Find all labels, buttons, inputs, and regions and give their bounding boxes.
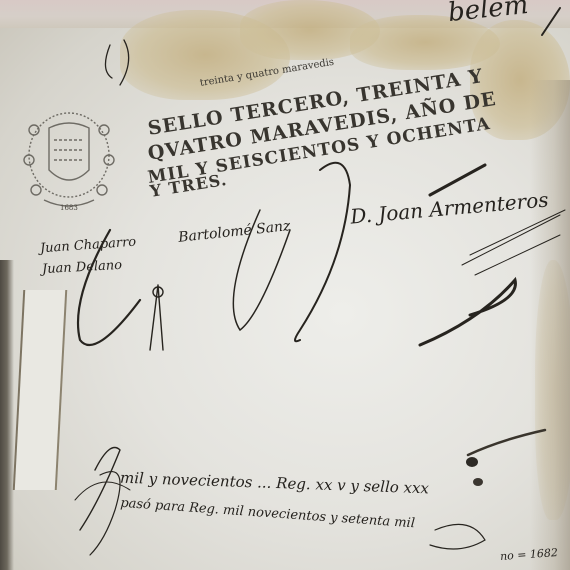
signature-left-2: Juan Delano [42,258,123,277]
seal-year: 1683 [60,204,78,212]
signature-left-1: Juan Chaparro [40,235,137,257]
royal-seal-icon: 1683 [14,100,124,215]
document-page: belem 1683 treinta y quatro maravedis SE… [0,0,570,570]
annotation-line-1: mil y novecientos ... Reg. xx v y sello … [120,469,429,498]
right-edge-damage [530,80,570,570]
signature-right: D. Joan Armenteros [349,187,549,228]
left-binding-edge [0,260,14,570]
paper-tear [13,290,67,490]
annotation-line-2: pasó para Reg. mil novecientos y setenta… [120,496,416,532]
signature-middle: Bartolomé Sanz [177,218,291,246]
